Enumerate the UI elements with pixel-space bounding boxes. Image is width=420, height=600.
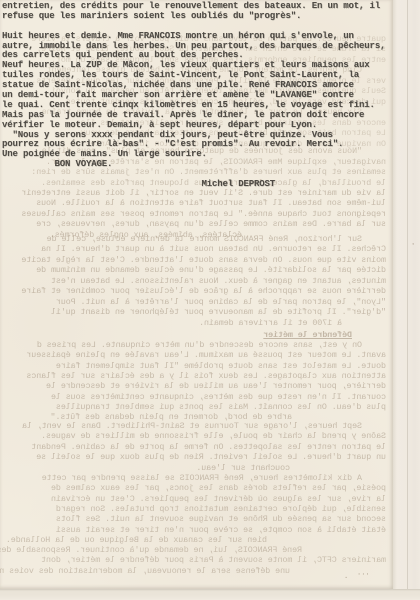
scanned-letter-page: quatre heures. Le patron se lève sans br… — [0, 0, 420, 600]
bleed-line: On y est, sans encore descendre d'un mèt… — [37, 340, 362, 350]
scan-crease-line — [407, 0, 408, 600]
bleed-line: dictée par la solidarité. Le passage d'u… — [36, 265, 386, 275]
bleed-line: minutes, autant en gagner à deux. Nous r… — [51, 276, 386, 286]
typed-line: Michel DEPROST — [2, 180, 392, 190]
bleed-line: la rive, sur les algues où dérivent les … — [51, 494, 386, 504]
typed-line: BON VOYAGE. — [2, 160, 392, 170]
paper-sheet: quatre heures. Le patron se lève sans br… — [0, 0, 393, 589]
ink-speck: . — [344, 573, 348, 581]
paper-bottom-edge — [0, 589, 420, 600]
bleed-line: à 1700 et il arrivera demain. — [199, 318, 342, 328]
typed-line: refuse que les mariniers soient les oubl… — [2, 12, 392, 22]
bleed-line: bien sur les canaux de la Belgique ou de… — [6, 535, 267, 545]
bleed-line: le patron rentre les salopettes. On ferm… — [31, 442, 386, 452]
bleed-line: Crêches. Il se retourne. Un bateau nous … — [41, 244, 386, 254]
bleed-line: "Lyon", le patron parle de la cabine pou… — [56, 297, 386, 307]
bleed-line: derrière, pour remonter l'eau au milieu … — [46, 381, 386, 391]
bleed-line: attention aux clapotages. Les deux fois … — [26, 371, 386, 381]
typed-text: entretien, des crédits pour le renouvell… — [2, 2, 392, 190]
bleed-line: Saône y prend la chair de poule, elle fr… — [41, 431, 386, 441]
bleed-line: derrière nous se rapproche à la grâce de… — [21, 286, 386, 296]
bleed-line: était établi à son compte, se crève pour… — [56, 525, 386, 535]
bleed-line: courant. Il n'en reste que des mètres, c… — [51, 392, 386, 402]
bleed-line: sur la barre. Des mains comme celles d'u… — [36, 219, 386, 229]
bleed-line: plus d'eau. On les connaît. Mais les pon… — [56, 402, 386, 412]
bleed-line: "d'gier". Il profite de la manoeuvre pou… — [51, 307, 386, 317]
bleed-line: lui-même son bateau. Il faut surtout fai… — [36, 198, 386, 208]
bleed-line: sensible, qui déplore certaines mutation… — [56, 504, 386, 514]
paper-right-edge — [393, 0, 420, 600]
bleed-line: doute. Le matelot est sans doute problèm… — [56, 361, 386, 371]
ink-speck: ' — [411, 243, 415, 251]
bleed-line: poésie, par les reflets dorés dans les j… — [51, 483, 386, 493]
bleed-line: A dix kilomètres heure, René FRANCOIS se… — [42, 473, 362, 483]
bleed-line: moins vite que nous. On devra sans doute… — [21, 255, 386, 265]
bleed-heading: Défendre le métier — [263, 330, 352, 340]
bleed-line: second sur sa pensée du Rhône et navigue… — [56, 514, 386, 524]
bleed-line: éclatées, abîmées, aux ongles déformés. — [50, 230, 242, 240]
bleed-line: arbre de bord, dorment en plein dedans d… — [51, 412, 292, 422]
bleed-line: mariniers CFTC, il monte souvent à Paris… — [41, 555, 386, 565]
bleed-line: couchant sur l'eau. — [196, 463, 290, 473]
bleed-line: avant. Le moteur est poussé au maximum. … — [26, 350, 386, 360]
bleed-line: Sur l'horizon, René FRANCOIS montre la d… — [47, 234, 362, 244]
bleed-line: Sept heures, l'orage sur Tournus et Sain… — [22, 421, 362, 431]
bleed-line: un quart d'heure. Le soleil revient. Rie… — [36, 452, 386, 462]
bleed-line: une défense sera le renouveau, la modern… — [0, 566, 290, 576]
bleed-line: René FRANCOIS, lui, ne demande qu'à cont… — [0, 545, 302, 555]
bleed-line: repeignons tout chaque année." Le patron… — [21, 209, 386, 219]
ink-speck: ··· — [357, 571, 370, 579]
